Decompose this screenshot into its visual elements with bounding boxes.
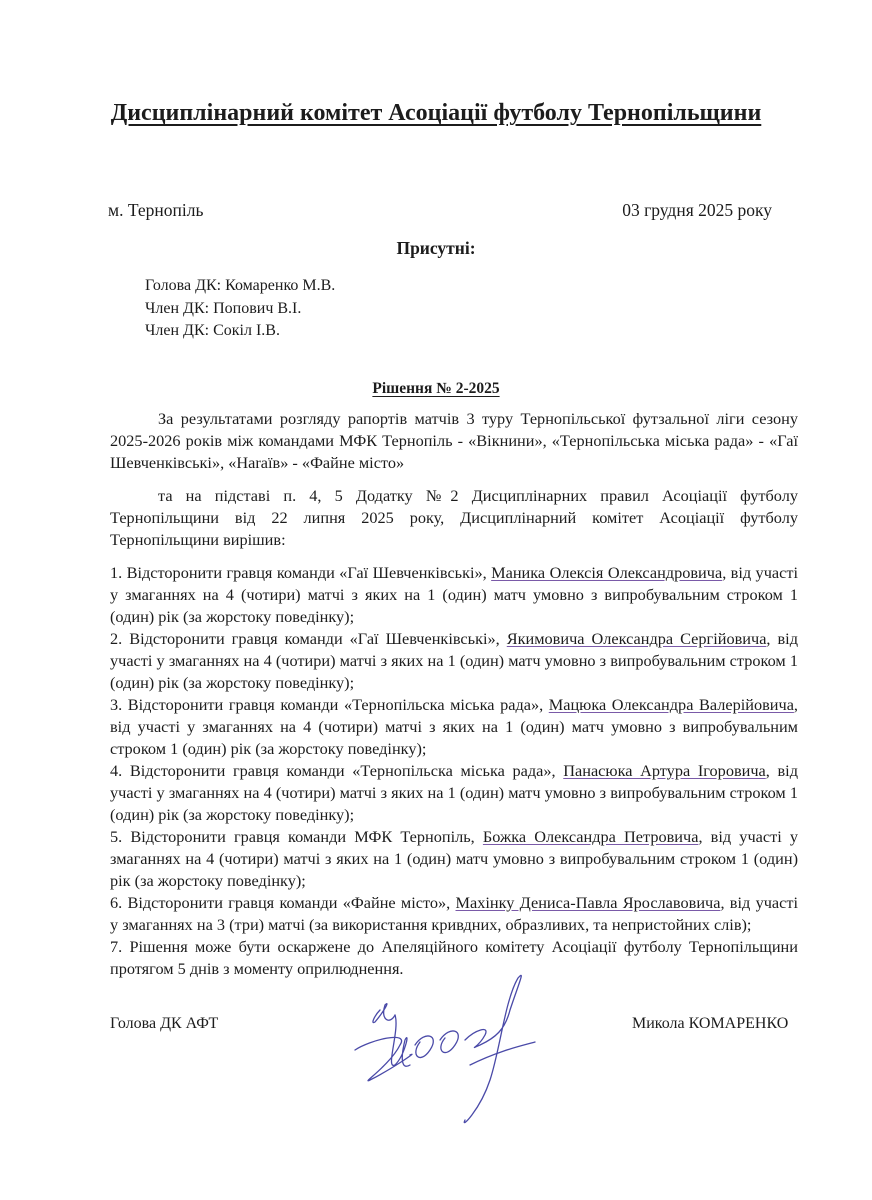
members-list: Голова ДК: Комаренко М.В. Член ДК: Попов… (145, 275, 335, 343)
signer-position: Голова ДК АФТ (110, 1015, 218, 1033)
player-name: Панасюка Артура Ігоровича (563, 761, 766, 780)
player-name: Мацюка Олександра Валерійовича (549, 695, 794, 714)
present-heading: Присутні: (0, 238, 872, 259)
signer-name: Микола КОМАРЕНКО (632, 1015, 788, 1033)
player-name: Якимовича Олександра Сергійовича (507, 629, 767, 648)
signature-icon (340, 970, 560, 1140)
decision-item: 5. Відсторонити гравця команди МФК Терно… (110, 826, 798, 892)
date: 03 грудня 2025 року (622, 200, 772, 221)
document-page: Дисциплінарний комітет Асоціації футболу… (0, 0, 872, 1200)
city: м. Тернопіль (108, 200, 203, 221)
paragraph-basis: та на підставі п. 4, 5 Додатку №2 Дисцип… (110, 485, 798, 551)
member: Член ДК: Сокіл І.В. (145, 320, 335, 343)
member: Член ДК: Попович В.І. (145, 298, 335, 321)
decision-item: 6. Відсторонити гравця команди «Файне мі… (110, 892, 798, 936)
player-name: Маника Олексія Олександровича (491, 563, 722, 582)
document-title: Дисциплінарний комітет Асоціації футболу… (0, 100, 872, 127)
player-name: Махінку Дениса-Павла Ярославовича (456, 893, 721, 912)
decision-item: 1. Відсторонити гравця команди «Гаї Шевч… (110, 562, 798, 628)
member-chair: Голова ДК: Комаренко М.В. (145, 275, 335, 298)
decision-items: 1. Відсторонити гравця команди «Гаї Шевч… (110, 562, 798, 980)
player-name: Божка Олександра Петровича (483, 827, 699, 846)
paragraph-intro: За результатами розгляду рапортів матчів… (110, 408, 798, 474)
decision-item: 4. Відсторонити гравця команди «Тернопіл… (110, 760, 798, 826)
decision-title: Рішення № 2-2025 (0, 380, 872, 398)
decision-item: 3. Відсторонити гравця команди «Тернопіл… (110, 694, 798, 760)
decision-item: 2. Відсторонити гравця команди «Гаї Шевч… (110, 628, 798, 694)
